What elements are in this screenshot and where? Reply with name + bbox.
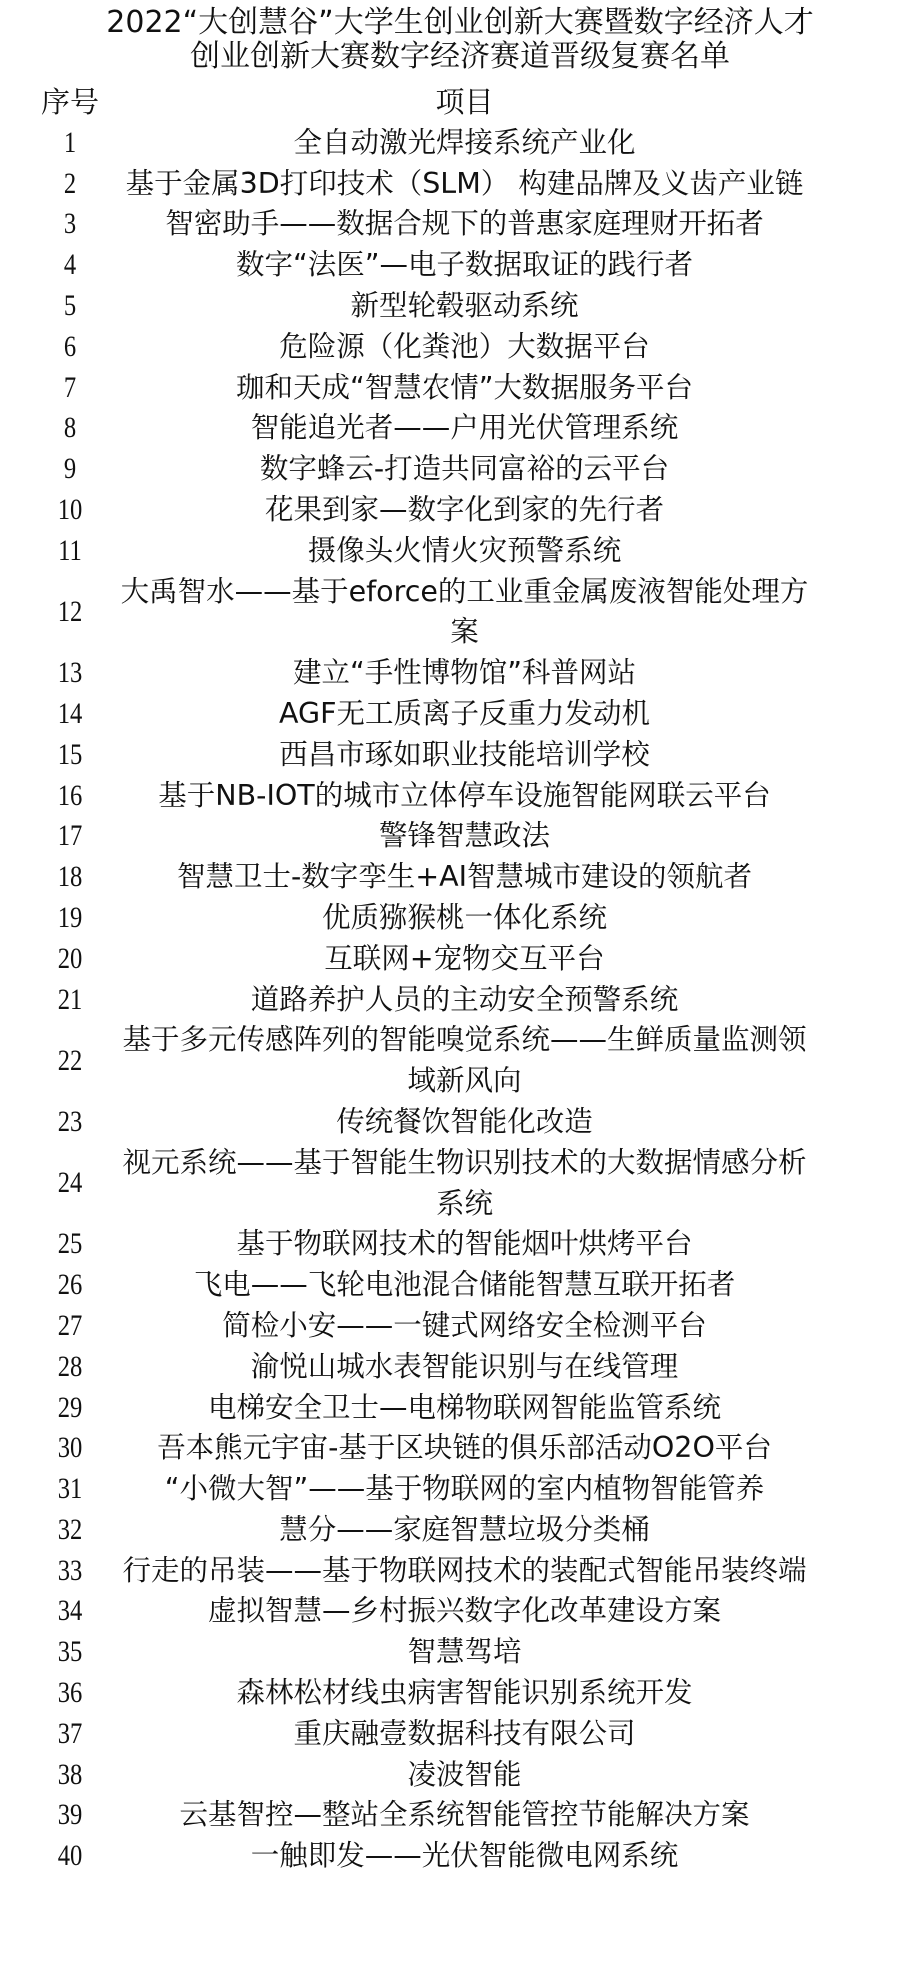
row-project-name: 重庆融壹数据科技有限公司 [112,1714,817,1755]
table-row: 9 数字蜂云-打造共同富裕的云平台 [0,449,900,490]
table-row: 38 凌波智能 [0,1755,900,1796]
table-row: 11 摄像头火情火灾预警系统 [0,531,900,572]
row-project-name: 大禹智水——基于eforce的工业重金属废液智能处理方案 [112,572,817,654]
row-number: 13 [13,653,128,694]
table-row: 15 西昌市琢如职业技能培训学校 [0,735,900,776]
table-row: 29 电梯安全卫士—电梯物联网智能监管系统 [0,1388,900,1429]
row-project-name: 基于物联网技术的智能烟叶烘烤平台 [112,1224,817,1265]
row-number: 17 [13,816,128,857]
table-row: 10 花果到家—数字化到家的先行者 [0,490,900,531]
table-row: 12 大禹智水——基于eforce的工业重金属废液智能处理方案 [0,572,900,654]
row-project-name: 数字“法医”—电子数据取证的践行者 [112,245,817,286]
row-project-name: 飞电——飞轮电池混合储能智慧互联开拓者 [112,1265,817,1306]
row-project-name: 基于NB-IOT的城市立体停车设施智能网联云平台 [112,776,817,817]
row-number: 5 [13,286,128,327]
row-project-name: 建立“手性博物馆”科普网站 [112,653,817,694]
table-row: 17 警锋智慧政法 [0,816,900,857]
row-number: 33 [13,1551,128,1592]
row-project-name: 智慧卫士-数字孪生+AI智慧城市建设的领航者 [112,857,817,898]
row-number: 38 [13,1755,128,1796]
row-number: 37 [13,1714,128,1755]
row-project-name: 基于多元传感阵列的智能嗅觉系统——生鲜质量监测领域新风向 [112,1020,817,1102]
row-number: 21 [13,980,128,1021]
row-number: 24 [13,1163,128,1204]
table-row: 24 视元系统——基于智能生物识别技术的大数据情感分析系统 [0,1143,900,1225]
row-number: 16 [13,776,128,817]
title-line-1: 2022“大创慧谷”大学生创业创新大赛暨数字经济人才 [0,6,900,40]
table-row: 33 行走的吊装——基于物联网技术的装配式智能吊装终端 [0,1551,900,1592]
table-body: 1 全自动激光焊接系统产业化 2 基于金属3D打印技术（SLM） 构建品牌及义齿… [0,123,900,1877]
row-number: 36 [13,1673,128,1714]
row-project-name: 森林松材线虫病害智能识别系统开发 [112,1673,817,1714]
table-row: 36 森林松材线虫病害智能识别系统开发 [0,1673,900,1714]
row-project-name: 花果到家—数字化到家的先行者 [112,490,817,531]
row-number: 34 [13,1591,128,1632]
row-project-name: 智能追光者——户用光伏管理系统 [112,408,817,449]
row-number: 27 [13,1306,128,1347]
row-number: 18 [13,857,128,898]
row-number: 14 [13,694,128,735]
row-number: 7 [13,368,128,409]
row-project-name: 行走的吊装——基于物联网技术的装配式智能吊装终端 [112,1551,817,1592]
table-row: 20 互联网+宠物交互平台 [0,939,900,980]
table-row: 4 数字“法医”—电子数据取证的践行者 [0,245,900,286]
row-number: 11 [13,531,128,572]
row-number: 12 [13,592,128,633]
column-header-project: 项目 [112,82,817,123]
table-row: 39 云基智控—整站全系统智能管控节能解决方案 [0,1795,900,1836]
table-row: 18 智慧卫士-数字孪生+AI智慧城市建设的领航者 [0,857,900,898]
table-row: 22 基于多元传感阵列的智能嗅觉系统——生鲜质量监测领域新风向 [0,1020,900,1102]
table-header-row: 序号 项目 [0,82,900,123]
row-number: 2 [13,164,128,205]
row-number: 35 [13,1632,128,1673]
table-row: 28 渝悦山城水表智能识别与在线管理 [0,1347,900,1388]
row-number: 25 [13,1224,128,1265]
row-number: 32 [13,1510,128,1551]
row-number: 20 [13,939,128,980]
table-row: 31 “小微大智”——基于物联网的室内植物智能管养 [0,1469,900,1510]
row-number: 15 [13,735,128,776]
table-row: 6 危险源（化粪池）大数据平台 [0,327,900,368]
table-row: 7 珈和天成“智慧农情”大数据服务平台 [0,368,900,409]
table-row: 37 重庆融壹数据科技有限公司 [0,1714,900,1755]
row-project-name: 智慧驾培 [112,1632,817,1673]
row-number: 39 [13,1795,128,1836]
table-row: 14 AGF无工质离子反重力发动机 [0,694,900,735]
table-row: 30 吾本熊元宇宙-基于区块链的俱乐部活动O2O平台 [0,1428,900,1469]
row-project-name: 新型轮毂驱动系统 [112,286,817,327]
table-row: 5 新型轮毂驱动系统 [0,286,900,327]
row-number: 29 [13,1388,128,1429]
table-row: 1 全自动激光焊接系统产业化 [0,123,900,164]
row-project-name: 西昌市琢如职业技能培训学校 [112,735,817,776]
row-project-name: 慧分——家庭智慧垃圾分类桶 [112,1510,817,1551]
row-number: 22 [13,1041,128,1082]
row-project-name: 传统餐饮智能化改造 [112,1102,817,1143]
row-number: 23 [13,1102,128,1143]
row-project-name: 视元系统——基于智能生物识别技术的大数据情感分析系统 [112,1143,817,1225]
table-row: 35 智慧驾培 [0,1632,900,1673]
table-row: 19 优质猕猴桃一体化系统 [0,898,900,939]
row-project-name: 互联网+宠物交互平台 [112,939,817,980]
table-row: 32 慧分——家庭智慧垃圾分类桶 [0,1510,900,1551]
table-row: 23 传统餐饮智能化改造 [0,1102,900,1143]
row-number: 1 [13,123,128,164]
table-row: 26 飞电——飞轮电池混合储能智慧互联开拓者 [0,1265,900,1306]
row-project-name: 智密助手——数据合规下的普惠家庭理财开拓者 [112,204,817,245]
row-project-name: 全自动激光焊接系统产业化 [112,123,817,164]
row-project-name: 虚拟智慧—乡村振兴数字化改革建设方案 [112,1591,817,1632]
table-row: 13 建立“手性博物馆”科普网站 [0,653,900,694]
row-number: 40 [13,1836,128,1877]
table-row: 40 一触即发——光伏智能微电网系统 [0,1836,900,1877]
row-number: 9 [13,449,128,490]
row-project-name: 道路养护人员的主动安全预警系统 [112,980,817,1021]
row-project-name: 优质猕猴桃一体化系统 [112,898,817,939]
row-number: 6 [13,327,128,368]
row-project-name: 珈和天成“智慧农情”大数据服务平台 [112,368,817,409]
row-number: 28 [13,1347,128,1388]
row-number: 3 [13,204,128,245]
row-project-name: 电梯安全卫士—电梯物联网智能监管系统 [112,1388,817,1429]
table-row: 25 基于物联网技术的智能烟叶烘烤平台 [0,1224,900,1265]
row-project-name: 渝悦山城水表智能识别与在线管理 [112,1347,817,1388]
finalist-table: 序号 项目 1 全自动激光焊接系统产业化 2 基于金属3D打印技术（SLM） 构… [0,82,900,1877]
document-title: 2022“大创慧谷”大学生创业创新大赛暨数字经济人才 创业创新大赛数字经济赛道晋… [0,6,900,74]
row-project-name: AGF无工质离子反重力发动机 [112,694,817,735]
row-number: 31 [13,1469,128,1510]
row-project-name: 吾本熊元宇宙-基于区块链的俱乐部活动O2O平台 [112,1428,817,1469]
row-number: 26 [13,1265,128,1306]
table-row: 27 简检小安——一键式网络安全检测平台 [0,1306,900,1347]
row-project-name: 简检小安——一键式网络安全检测平台 [112,1306,817,1347]
row-project-name: 基于金属3D打印技术（SLM） 构建品牌及义齿产业链 [112,164,817,205]
table-row: 2 基于金属3D打印技术（SLM） 构建品牌及义齿产业链 [0,164,900,205]
row-project-name: 摄像头火情火灾预警系统 [112,531,817,572]
row-number: 30 [13,1428,128,1469]
title-line-2: 创业创新大赛数字经济赛道晋级复赛名单 [0,40,900,74]
table-row: 3 智密助手——数据合规下的普惠家庭理财开拓者 [0,204,900,245]
table-row: 8 智能追光者——户用光伏管理系统 [0,408,900,449]
row-project-name: 一触即发——光伏智能微电网系统 [112,1836,817,1877]
row-project-name: 警锋智慧政法 [112,816,817,857]
row-project-name: 凌波智能 [112,1755,817,1796]
row-project-name: “小微大智”——基于物联网的室内植物智能管养 [112,1469,817,1510]
row-number: 10 [13,490,128,531]
row-number: 4 [13,245,128,286]
row-project-name: 数字蜂云-打造共同富裕的云平台 [112,449,817,490]
table-row: 16 基于NB-IOT的城市立体停车设施智能网联云平台 [0,776,900,817]
row-number: 8 [13,408,128,449]
row-number: 19 [13,898,128,939]
table-row: 21 道路养护人员的主动安全预警系统 [0,980,900,1021]
row-project-name: 危险源（化粪池）大数据平台 [112,327,817,368]
row-project-name: 云基智控—整站全系统智能管控节能解决方案 [112,1795,817,1836]
table-row: 34 虚拟智慧—乡村振兴数字化改革建设方案 [0,1591,900,1632]
